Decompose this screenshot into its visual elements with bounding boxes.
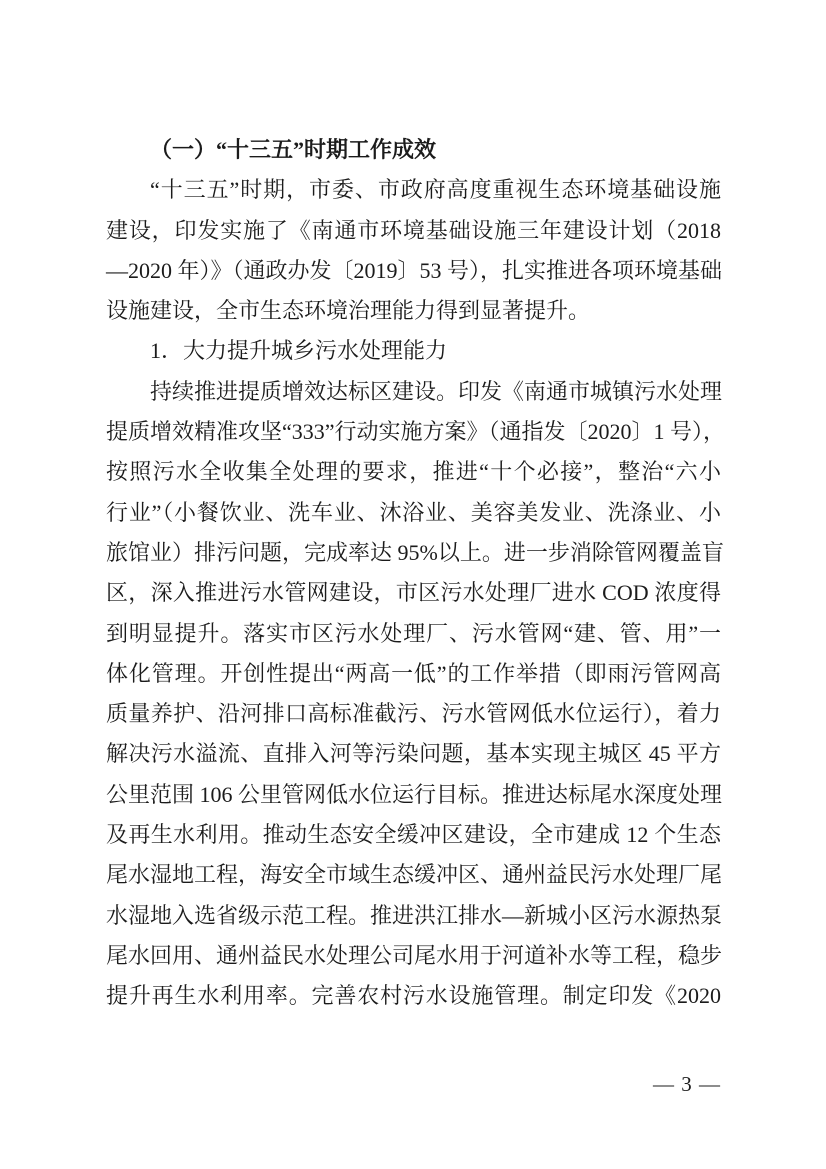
body-text-line: 持续推进提质增效达标区建设。印发《南通市城镇污水处理 (106, 372, 721, 412)
page-number: — 3 — (106, 1070, 721, 1098)
body-text-line: 到明显提升。落实市区污水处理厂、污水管网“建、管、用”一 (106, 614, 721, 654)
body-text-line: 区，深入推进污水管网建设，市区污水处理厂进水 COD 浓度得 (106, 573, 721, 613)
body-text-line: 设施建设，全市生态环境治理能力得到显著提升。 (106, 291, 721, 331)
body-text-line: 行业”（小餐饮业、洗车业、沐浴业、美容美发业、洗涤业、小 (106, 493, 721, 533)
body-text-line: 提升再生水利用率。完善农村污水设施管理。制定印发《2020 (106, 976, 721, 1016)
body-text-line: 按照污水全收集全处理的要求，推进“十个必接”，整治“六小 (106, 452, 721, 492)
body-text-line: 建设，印发实施了《南通市环境基础设施三年建设计划（2018 (106, 211, 721, 251)
body-text-line: 公里范围 106 公里管网低水位运行目标。推进达标尾水深度处理 (106, 775, 721, 815)
section-heading: （一）“十三五”时期工作成效 (106, 130, 721, 170)
body-text-line: 质量养护、沿河排口高标准截污、污水管网低水位运行），着力 (106, 694, 721, 734)
body-text-line: 及再生水利用。推动生态安全缓冲区建设，全市建成 12 个生态 (106, 815, 721, 855)
body-text-line: 体化管理。开创性提出“两高一低”的工作举措（即雨污管网高 (106, 654, 721, 694)
body-text-line: 提质增效精准攻坚“333”行动实施方案》（通指发〔2020〕1 号）， (106, 412, 721, 452)
document-page: （一）“十三五”时期工作成效“十三五”时期，市委、市政府高度重视生态环境基础设施… (0, 0, 826, 1169)
body-text-line: “十三五”时期，市委、市政府高度重视生态环境基础设施 (106, 170, 721, 210)
body-text-line: 解决污水溢流、直排入河等污染问题，基本实现主城区 45 平方 (106, 734, 721, 774)
subsection-heading: 1．大力提升城乡污水处理能力 (106, 331, 721, 371)
body-text-line: 旅馆业）排污问题，完成率达 95%以上。进一步消除管网覆盖盲 (106, 533, 721, 573)
body-text-line: 尾水回用、通州益民水处理公司尾水用于河道补水等工程，稳步 (106, 936, 721, 976)
body-text-line: —2020 年）》（通政办发〔2019〕53 号），扎实推进各项环境基础 (106, 251, 721, 291)
body-text-line: 水湿地入选省级示范工程。推进洪江排水—新城小区污水源热泵 (106, 896, 721, 936)
document-body: （一）“十三五”时期工作成效“十三五”时期，市委、市政府高度重视生态环境基础设施… (106, 130, 721, 1017)
body-text-line: 尾水湿地工程，海安全市域生态缓冲区、通州益民污水处理厂尾 (106, 855, 721, 895)
